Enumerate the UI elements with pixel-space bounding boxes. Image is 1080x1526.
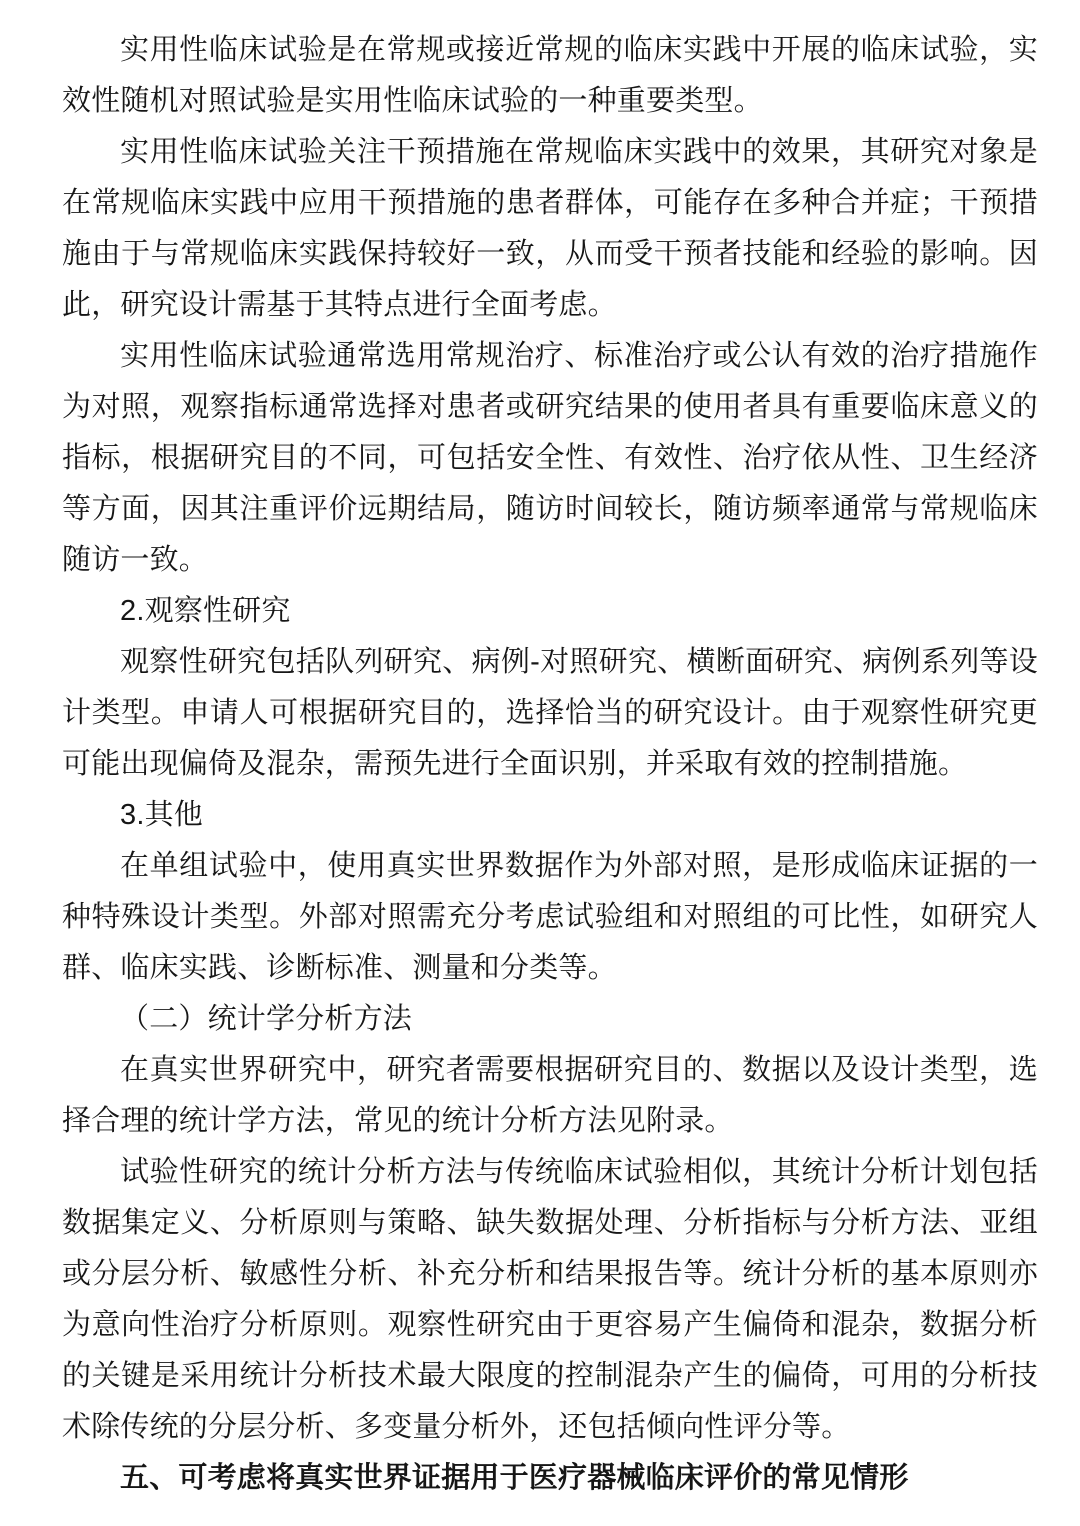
document-body: 实用性临床试验是在常规或接近常规的临床实践中开展的临床试验，实效性随机对照试验是… [0, 0, 1080, 1526]
paragraph: 实用性临床试验关注干预措施在常规临床实践中的效果，其研究对象是在常规临床实践中应… [62, 127, 1038, 331]
paragraph: 试验性研究的统计分析方法与传统临床试验相似，其统计分析计划包括数据集定义、分析原… [62, 1147, 1038, 1453]
paragraph: 实用性临床试验是在常规或接近常规的临床实践中开展的临床试验，实效性随机对照试验是… [62, 25, 1038, 127]
paragraph: 观察性研究包括队列研究、病例-对照研究、横断面研究、病例系列等设计类型。申请人可… [62, 637, 1038, 790]
section-heading: 2.观察性研究 [62, 586, 1038, 637]
section-heading: 3.其他 [62, 790, 1038, 841]
section-heading: 五、可考虑将真实世界证据用于医疗器械临床评价的常见情形 [62, 1453, 1038, 1504]
paragraph: 在真实世界研究中，研究者需要根据研究目的、数据以及设计类型，选择合理的统计学方法… [62, 1045, 1038, 1147]
document-page: 实用性临床试验是在常规或接近常规的临床实践中开展的临床试验，实效性随机对照试验是… [0, 0, 1080, 1526]
paragraph: 实用性临床试验通常选用常规治疗、标准治疗或公认有效的治疗措施作为对照，观察指标通… [62, 331, 1038, 586]
paragraph: 在单组试验中，使用真实世界数据作为外部对照，是形成临床证据的一种特殊设计类型。外… [62, 841, 1038, 994]
section-heading: （二）统计学分析方法 [62, 994, 1038, 1045]
